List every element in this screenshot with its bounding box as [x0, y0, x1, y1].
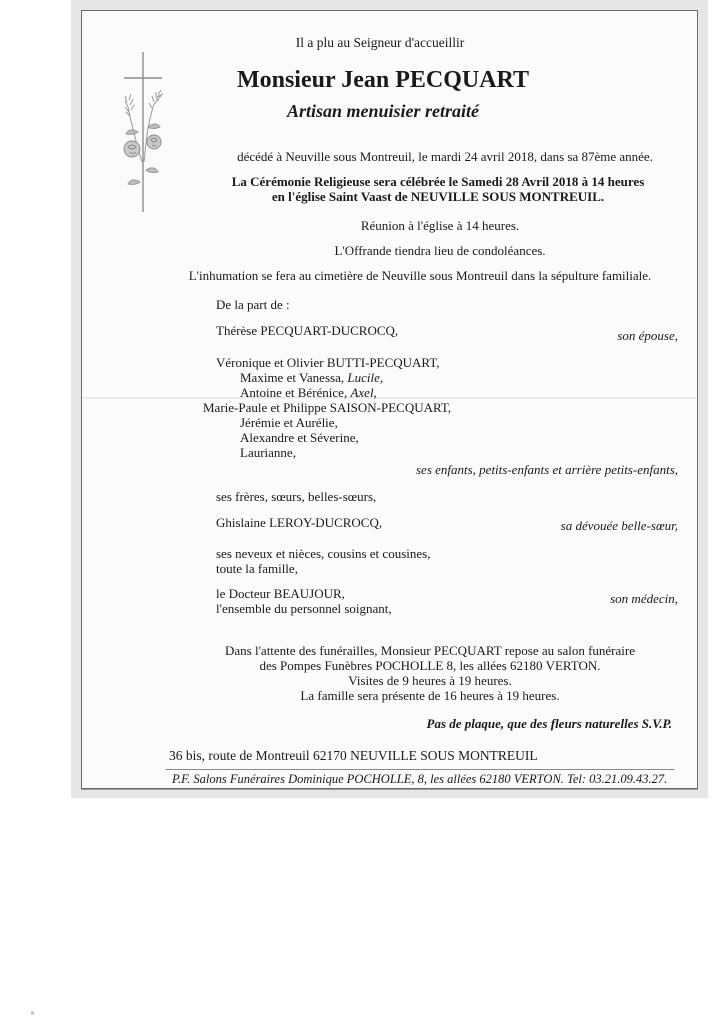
- child-row: Véronique et Olivier BUTTI-PECQUART,: [216, 355, 440, 370]
- ceremony-line-1: La Cérémonie Religieuse sera célébrée le…: [183, 174, 693, 189]
- deceased-name: Monsieur Jean PECQUART: [128, 66, 638, 94]
- sister-in-law-relation: sa dévouée belle-sœur,: [561, 518, 678, 533]
- offrande-text: L'Offrande tiendra lieu de condoléances.: [180, 243, 700, 258]
- ceremony-line-2: en l'église Saint Vaast de NEUVILLE SOUS…: [183, 189, 693, 204]
- visiting-hours: Visites de 9 heures à 19 heures.: [170, 673, 690, 688]
- family-address: 36 bis, route de Montreuil 62170 NEUVILL…: [169, 748, 538, 763]
- funeral-home-line-2: des Pompes Funèbres POCHOLLE 8, les allé…: [170, 658, 690, 673]
- deceased-profession: Artisan menuisier retraité: [128, 100, 638, 122]
- spouse-name: Thérèse PECQUART-DUCROCQ,: [216, 323, 398, 338]
- scan-artifact-line: [82, 397, 696, 399]
- grandchild-row: Alexandre et Séverine,: [240, 430, 359, 445]
- grandchild-row: Jérémie et Aurélie,: [240, 415, 338, 430]
- spouse-relation: son épouse,: [617, 328, 678, 343]
- doctor-name: le Docteur BEAUJOUR,: [216, 586, 345, 601]
- doctor-relation: son médecin,: [610, 591, 678, 606]
- intro-text: Il a plu au Seigneur d'accueillir: [130, 35, 630, 50]
- funeral-home-footer: P.F. Salons Funéraires Dominique POCHOLL…: [172, 772, 667, 787]
- grandchild-row: Antoine et Bérénice, Axel,: [240, 385, 377, 400]
- death-announcement: décédé à Neuville sous Montreuil, le mar…: [190, 149, 700, 164]
- family-presence-hours: La famille sera présente de 16 heures à …: [170, 688, 690, 703]
- sister-in-law-name: Ghislaine LEROY-DUCROCQ,: [216, 515, 382, 530]
- relatives-line-1: ses neveux et nièces, cousins et cousine…: [216, 546, 430, 561]
- grandchild-row: Maxime et Vanessa, Lucile,: [240, 370, 383, 385]
- inhumation-text: L'inhumation se fera au cimetière de Neu…: [150, 268, 690, 283]
- children-relation: ses enfants, petits-enfants et arrière p…: [416, 462, 678, 477]
- child-row: Marie-Paule et Philippe SAISON-PECQUART,: [203, 400, 451, 415]
- funeral-home-line-1: Dans l'attente des funérailles, Monsieur…: [170, 643, 690, 658]
- relatives-line-2: toute la famille,: [216, 561, 298, 576]
- siblings-text: ses frères, sœurs, belles-sœurs,: [216, 489, 376, 504]
- footer-divider: [165, 769, 675, 770]
- grandchild-row: Laurianne,: [240, 445, 296, 460]
- scan-speck: [31, 1011, 34, 1015]
- flowers-note: Pas de plaque, que des fleurs naturelles…: [427, 716, 672, 731]
- reunion-text: Réunion à l'église à 14 heures.: [180, 218, 700, 233]
- care-staff-text: l'ensemble du personnel soignant,: [216, 601, 392, 616]
- from-label: De la part de :: [216, 297, 290, 312]
